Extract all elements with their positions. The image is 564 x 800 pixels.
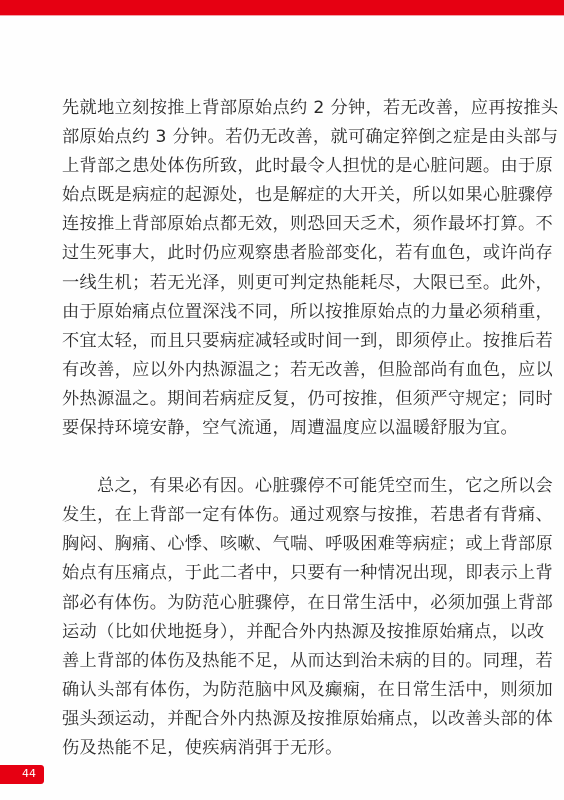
text-line: 总之，有果必有因。心脏骤停不可能凭空而生，它之所以会 — [62, 472, 502, 501]
text-line: 连按推上背部原始点都无效，则恐回天乏术，须作最坏打算。不 — [62, 210, 502, 239]
text-line: 始点既是病症的起源处，也是解症的大开关，所以如果心脏骤停 — [62, 181, 502, 210]
text-line: 部原始点约 3 分钟。若仍无改善，就可确定猝倒之症是由头部与 — [62, 123, 502, 152]
top-accent-line — [0, 15, 564, 16]
text-line: 发生，在上背部一定有体伤。通过观察与按推，若患者有背痛、 — [62, 501, 502, 530]
text-line: 不宜太轻，而且只要病症减轻或时间一到，即须停止。按推后若 — [62, 327, 502, 356]
paragraph-2: 总之，有果必有因。心脏骤停不可能凭空而生，它之所以会 发生，在上背部一定有体伤。… — [62, 472, 502, 763]
text-line: 外热源温之。期间若病症反复，仍可按推，但须严守规定；同时 — [62, 385, 502, 414]
page-number-tab: 44 — [0, 765, 44, 784]
text-line: 上背部之患处体伤所致，此时最令人担忧的是心脏问题。由于原 — [62, 152, 502, 181]
text-line: 强头颈运动，并配合外内热源及按推原始痛点，以改善头部的体 — [62, 705, 502, 734]
text-line: 过生死事大，此时仍应观察患者脸部变化，若有血色，或许尚存 — [62, 239, 502, 268]
paragraph-1: 先就地立刻按推上背部原始点约 2 分钟，若无改善，应再按推头 部原始点约 3 分… — [62, 94, 502, 443]
text-line: 先就地立刻按推上背部原始点约 2 分钟，若无改善，应再按推头 — [62, 94, 502, 123]
top-accent-bar — [0, 0, 564, 15]
text-line: 运动（比如伏地挺身），并配合外内热源及按推原始痛点，以改 — [62, 618, 502, 647]
text-line: 善上背部的体伤及热能不足，从而达到治未病的目的。同理，若 — [62, 647, 502, 676]
text-line: 始点有压痛点，于此二者中，只要有一种情况出现，即表示上背 — [62, 559, 502, 588]
text-line: 要保持环境安静，空气流通，周遭温度应以温暖舒服为宜。 — [62, 414, 502, 443]
text-line: 由于原始痛点位置深浅不同，所以按推原始点的力量必须稍重， — [62, 298, 502, 327]
text-line: 有改善，应以外内热源温之；若无改善，但脸部尚有血色，应以 — [62, 356, 502, 385]
text-line: 胸闷、胸痛、心悸、咳嗽、气喘、呼吸困难等病症；或上背部原 — [62, 530, 502, 559]
text-line: 伤及热能不足，使疾病消弭于无形。 — [62, 734, 502, 763]
text-line: 部必有体伤。为防范心脏骤停，在日常生活中，必须加强上背部 — [62, 589, 502, 618]
text-line: 一线生机；若无光泽，则更可判定热能耗尽，大限已至。此外， — [62, 269, 502, 298]
page-number: 44 — [22, 767, 36, 780]
text-line: 确认头部有体伤，为防范脑中风及癫痫，在日常生活中，则须加 — [62, 676, 502, 705]
page-body: 先就地立刻按推上背部原始点约 2 分钟，若无改善，应再按推头 部原始点约 3 分… — [62, 94, 502, 763]
